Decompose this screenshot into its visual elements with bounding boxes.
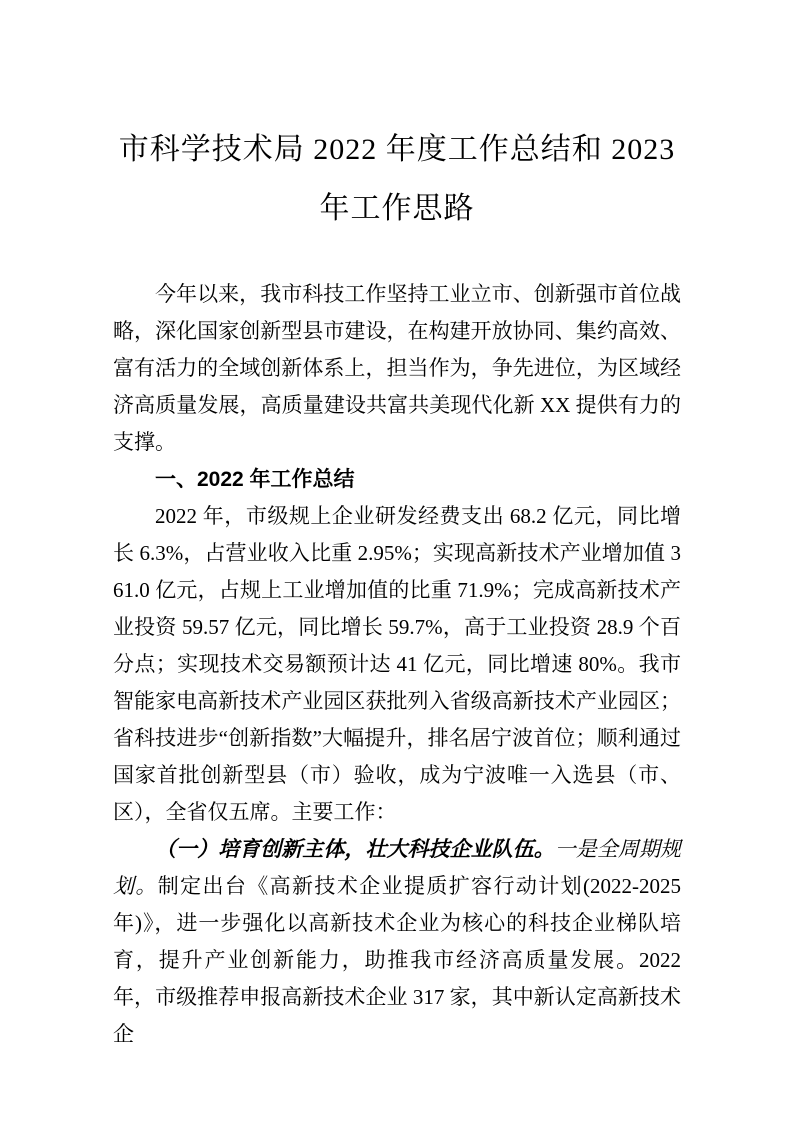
- item1-lead-in: （一）培育创新主体，壮大科技企业队伍。: [155, 837, 555, 861]
- paragraph-intro: 今年以来，我市科技工作坚持工业立市、创新强市首位战略，深化国家创新型县市建设，在…: [113, 276, 681, 461]
- item1-body-text: 制定出台《高新技术企业提质扩容行动计划(2022-2025年)》，进一步强化以高…: [113, 874, 681, 1046]
- section-heading-2022-summary: 一、2022 年工作总结: [113, 461, 681, 498]
- paragraph-intro-text: 今年以来，我市科技工作坚持工业立市、创新强市首位战略，深化国家创新型县市建设，在…: [113, 282, 681, 454]
- document-title: 市科学技术局 2022 年度工作总结和 2023 年工作思路: [113, 120, 681, 238]
- paragraph-item1: （一）培育创新主体，壮大科技企业队伍。一是全周期规划。制定出台《高新技术企业提质…: [113, 831, 681, 1053]
- paragraph-summary-stats-text: 2022 年，市级规上企业研发经费支出 68.2 亿元，同比增长 6.3%，占营…: [113, 504, 681, 824]
- document-page: 市科学技术局 2022 年度工作总结和 2023 年工作思路 今年以来，我市科技…: [0, 0, 793, 1122]
- paragraph-summary-stats: 2022 年，市级规上企业研发经费支出 68.2 亿元，同比增长 6.3%，占营…: [113, 498, 681, 831]
